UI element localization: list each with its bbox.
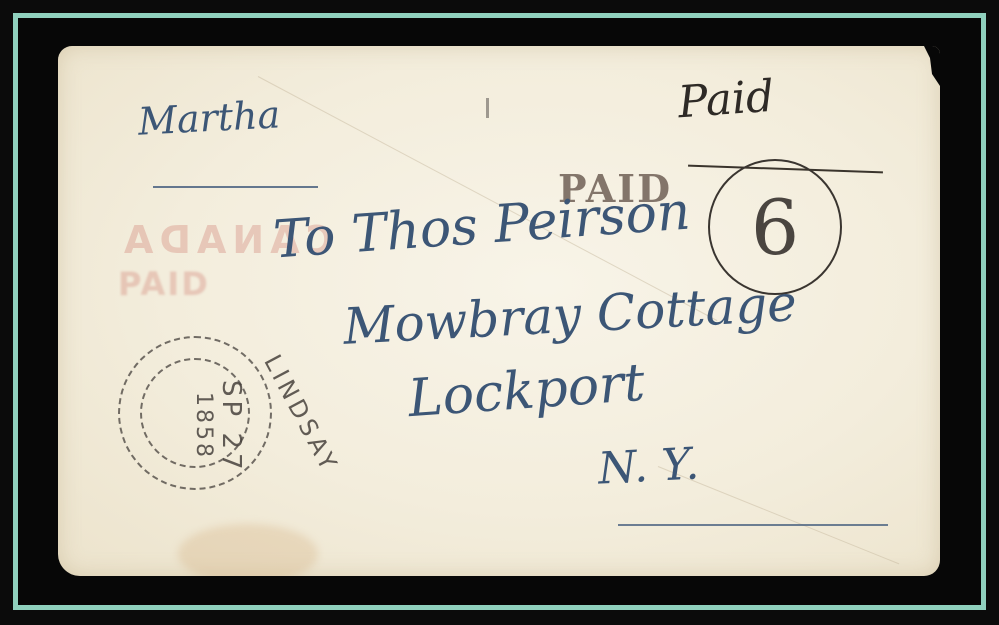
address-underline bbox=[618, 524, 888, 526]
rate-value: 6 bbox=[751, 183, 799, 272]
lindsay-postmark: LINDSAY SP 27 1858 bbox=[118, 336, 308, 526]
address-line-4: N. Y. bbox=[597, 438, 701, 494]
address-line-3: Lockport bbox=[406, 353, 646, 429]
postmark-year: 1858 bbox=[191, 392, 216, 460]
sender-note-martha: Martha bbox=[137, 92, 281, 143]
postal-cover-envelope: CANADA PAID Martha Paid PAID 6 To Thos P… bbox=[58, 46, 940, 576]
address-line-2: Mowbray Cottage bbox=[342, 274, 798, 356]
foxing-stain bbox=[178, 524, 318, 576]
postmark-date: SP 27 bbox=[216, 380, 246, 474]
ink-mark bbox=[486, 98, 489, 118]
sender-note-underline bbox=[153, 186, 318, 188]
manuscript-paid: Paid bbox=[676, 71, 775, 129]
torn-corner bbox=[900, 46, 940, 86]
